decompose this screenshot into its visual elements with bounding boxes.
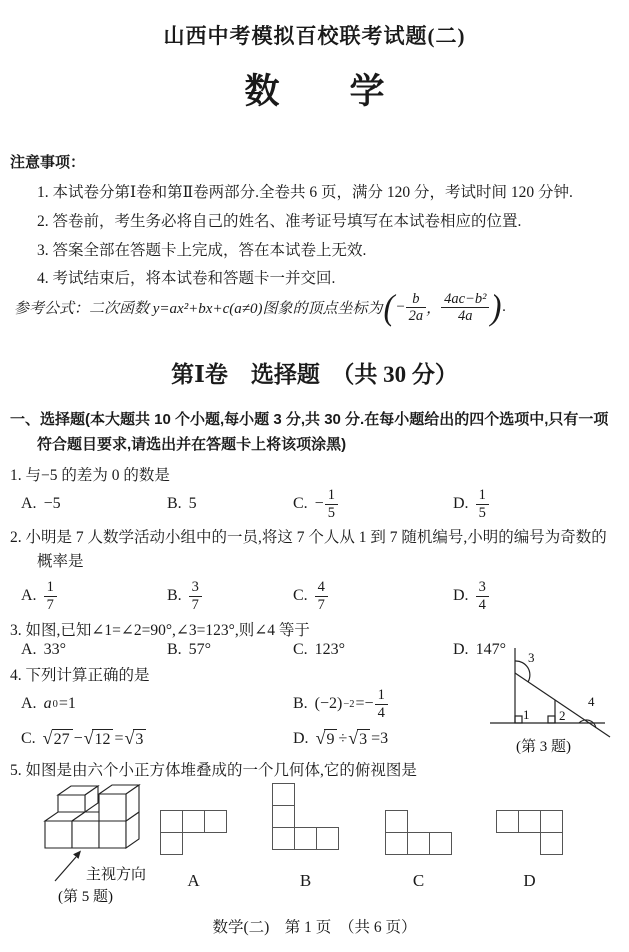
formula-minus: −	[395, 299, 405, 316]
q4-option-b: B. (−2)−2=−14	[293, 682, 388, 726]
formula-lead: 参考公式：二次函数 y=ax²+bx+c(a≠0)图象的顶点坐标为	[14, 297, 382, 318]
formula-fraction-2: 4ac−b² 4a	[441, 291, 489, 324]
polyomino-cell	[385, 810, 408, 833]
cube2-front	[72, 821, 99, 848]
polyomino-cell	[272, 805, 295, 828]
q3-option-c: C.123°	[293, 638, 345, 662]
view-arrow-shaft	[55, 857, 76, 881]
polyomino-cell	[540, 832, 563, 855]
reference-formula: 参考公式：二次函数 y=ax²+bx+c(a≠0)图象的顶点坐标为 ( − b …	[14, 291, 619, 324]
polyomino-cell	[182, 810, 205, 833]
view-direction-label: 主视方向	[86, 866, 146, 883]
polyomino-cell	[294, 827, 317, 850]
question-2-options: A. 17 B. 37 C. 47 D. 34	[0, 574, 629, 618]
question-1-options: A.−5 B.5 C. −15 D. 15	[0, 483, 629, 525]
q4-option-c: C. 27−12=3	[21, 726, 146, 752]
q1-option-a: A.−5	[21, 483, 61, 525]
polyomino-cell	[429, 832, 452, 855]
polyomino-cell	[316, 827, 339, 850]
q5-label-b: B	[272, 871, 339, 891]
polyomino-cell	[160, 810, 183, 833]
cube3-front	[99, 821, 126, 848]
q4-option-d: D. 9÷3=3	[293, 726, 388, 752]
subject-title: 数 学	[0, 64, 629, 114]
exam-paper-page: 山西中考模拟百校联考试题(二) 数 学 注意事项： 1. 本试卷分第Ⅰ卷和第Ⅱ卷…	[0, 0, 629, 952]
polyomino-cell	[496, 810, 519, 833]
polyomino-cell	[518, 810, 541, 833]
q1-option-b: B.5	[167, 483, 197, 525]
polyomino-cell	[540, 810, 563, 833]
q2-option-b: B. 37	[167, 574, 202, 618]
polyomino-cell	[385, 832, 408, 855]
view-arrow-head	[73, 851, 81, 859]
polyomino-option-c	[385, 810, 452, 855]
section-instructions: 一、选择题(本大题共 10 个小题,每小题 3 分,共 30 分.在每小题给出的…	[10, 407, 622, 457]
q5-label-a: A	[160, 871, 227, 891]
exam-title: 山西中考模拟百校联考试题(二)	[0, 20, 629, 50]
question-5-cube-figure: 主视方向 (第 5 题)	[36, 780, 164, 908]
polyomino-option-b	[272, 783, 339, 850]
section-heading: 第Ⅰ卷 选择题 （共 30 分）	[0, 356, 629, 389]
formula-period: .	[502, 299, 506, 316]
polyomino-cell	[204, 810, 227, 833]
notice-item-1: 1. 本试卷分第Ⅰ卷和第Ⅱ卷两部分.全卷共 6 页，满分 120 分，考试时间 …	[37, 180, 617, 202]
notice-heading: 注意事项：	[10, 151, 85, 172]
q2-option-d: D. 34	[453, 574, 489, 618]
page-footer: 数学(二) 第 1 页 （共 6 页）	[0, 915, 629, 937]
back-cube-front	[58, 795, 85, 812]
q3-option-a: A.33°	[21, 638, 66, 662]
question-4-options-row-2: C. 27−12=3 D. 9÷3=3	[0, 726, 629, 752]
polyomino-cell	[407, 832, 430, 855]
q2-option-a: A. 17	[21, 574, 57, 618]
polyomino-option-a	[160, 810, 227, 855]
formula-comma: ，	[426, 297, 441, 318]
cube1-front	[45, 821, 72, 848]
polyomino-cell	[272, 827, 295, 850]
notice-item-3: 3. 答案全部在答题卡上完成，答在本试卷上无效.	[37, 238, 617, 260]
top-cube-front	[99, 794, 126, 821]
formula-fraction-1: b 2a	[406, 291, 427, 324]
question-4-options-row-1: A. a0=1 B. (−2)−2=−14	[0, 682, 629, 726]
polyomino-cell	[160, 832, 183, 855]
polyomino-cell	[272, 783, 295, 806]
polyomino-option-d	[496, 810, 563, 855]
angle-3-label: 3	[528, 650, 535, 665]
q3-option-b: B.57°	[167, 638, 211, 662]
q2-option-c: C. 47	[293, 574, 328, 618]
q5-label-d: D	[496, 871, 563, 891]
question-2-stem: 2. 小明是 7 人数学活动小组中的一员,将这 7 个人从 1 到 7 随机编号…	[10, 526, 610, 574]
notice-item-4: 4. 考试结束后，将本试卷和答题卡一并交回.	[37, 266, 617, 288]
q1-option-d: D. 15	[453, 483, 489, 525]
q4-option-a: A. a0=1	[21, 682, 76, 726]
q1-option-c: C. −15	[293, 483, 338, 525]
notice-item-2: 2. 答卷前，考生务必将自己的姓名、准考证号填写在本试卷相应的位置.	[37, 209, 617, 231]
q5-label-c: C	[385, 871, 452, 891]
figure-5-caption: (第 5 题)	[58, 888, 113, 905]
